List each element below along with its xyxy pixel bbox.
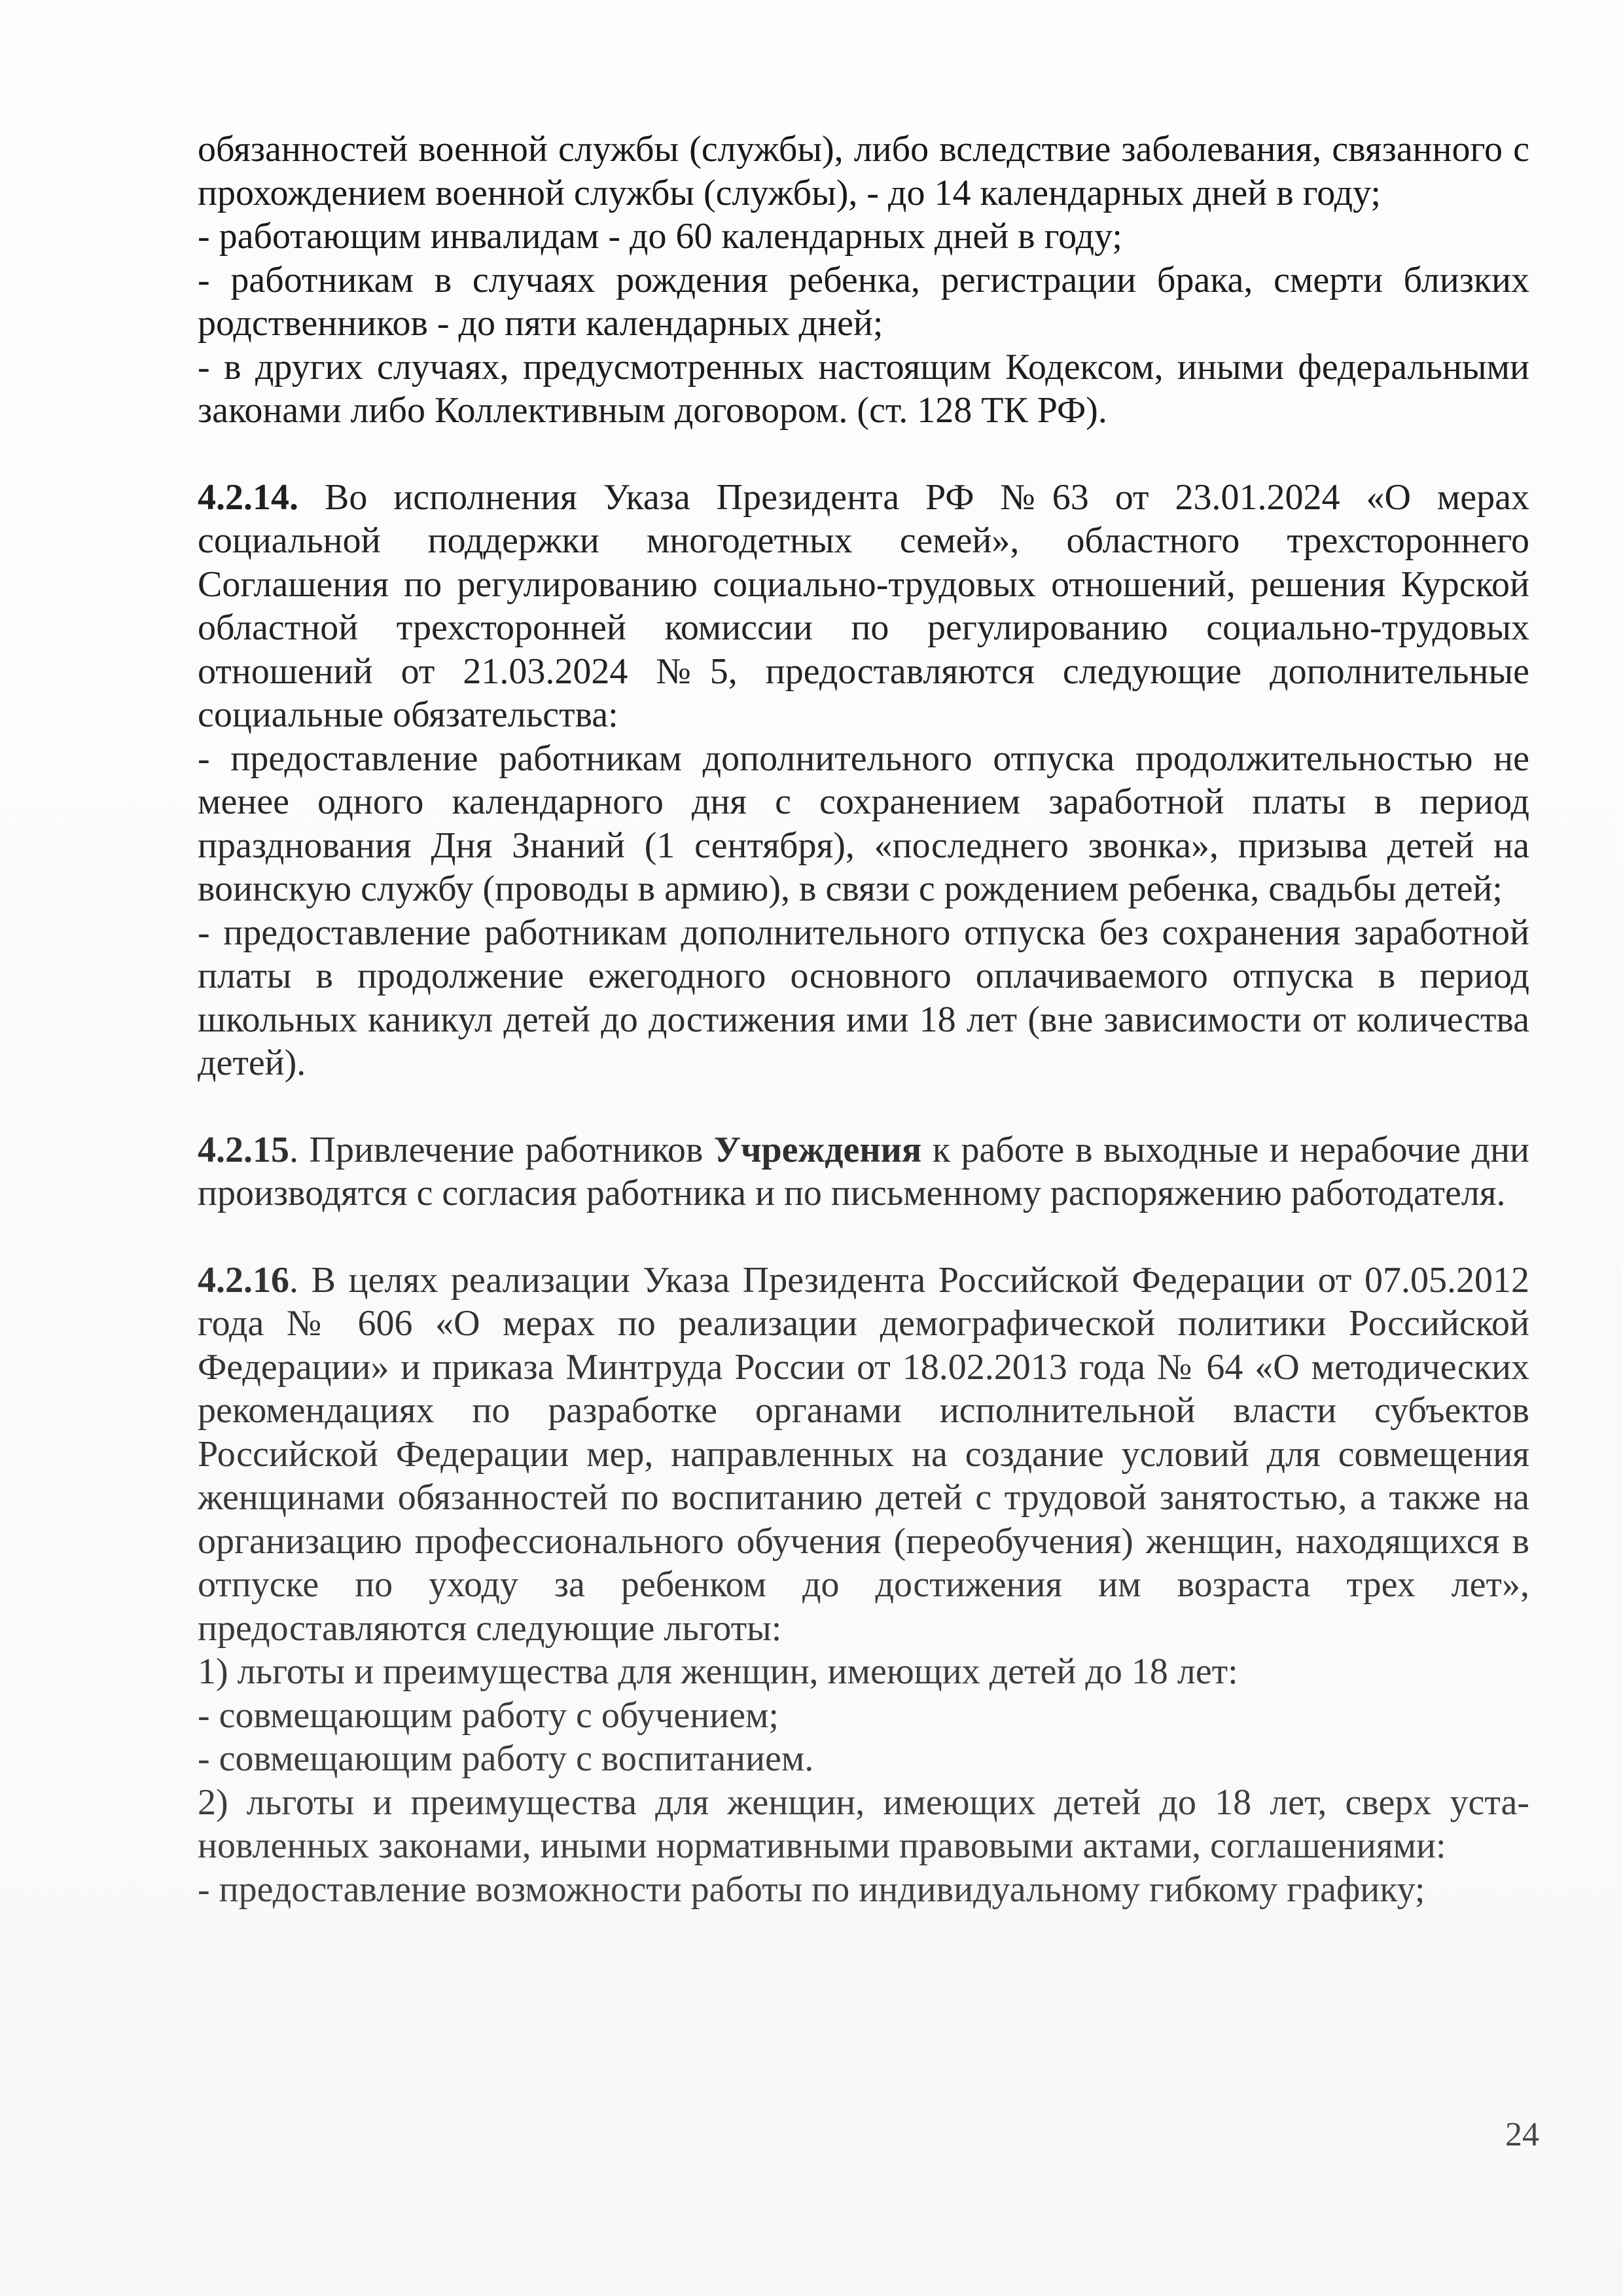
continuation-line-4: - в других случаях, предусмотренных наст… xyxy=(198,346,1529,433)
section-4-2-14-item-2: - предоставление работникам дополнительн… xyxy=(198,911,1529,1085)
paragraph-spacer xyxy=(198,433,1529,476)
document-page: обязанностей военной службы (службы), ли… xyxy=(0,0,1623,2296)
continuation-line-3: - работникам в случаях рождения ребенка,… xyxy=(198,259,1529,346)
section-text: Во исполнения Указа Президента РФ №63 от… xyxy=(198,477,1529,736)
section-4-2-16-line-5: - предоставление возможности работы по и… xyxy=(198,1868,1529,1912)
section-4-2-15: 4.2.15. Привлечение работников Учреждени… xyxy=(198,1128,1529,1215)
page-number: 24 xyxy=(1505,2115,1539,2154)
continuation-line-2: - работающим инвалидам - до 60 календарн… xyxy=(198,215,1529,259)
section-text: . В целях реализации Указа Президента Ро… xyxy=(198,1260,1529,1649)
section-4-2-14-item-1: - предоставление работникам дополнительн… xyxy=(198,737,1529,911)
section-4-2-16-line-2: - совмещающим работу с обучением; xyxy=(198,1694,1529,1738)
section-number: 4.2.16 xyxy=(198,1260,289,1300)
paragraph-spacer xyxy=(198,1215,1529,1259)
section-text: . Привлечение работников xyxy=(289,1130,714,1170)
section-4-2-16-line-4: 2) льготы и преимущества для женщин, име… xyxy=(198,1781,1529,1868)
bold-term: Учреждения xyxy=(714,1130,921,1170)
section-number: 4.2.14. xyxy=(198,477,298,518)
continuation-line-1: обязанностей военной службы (службы), ли… xyxy=(198,128,1529,215)
section-4-2-16-line-3: - совмещающим работу с воспитанием. xyxy=(198,1737,1529,1781)
section-4-2-14-intro: 4.2.14. Во исполнения Указа Президента Р… xyxy=(198,476,1529,737)
section-4-2-16-line-1: 1) льготы и преимущества для женщин, име… xyxy=(198,1650,1529,1694)
section-4-2-16-intro: 4.2.16. В целях реализации Указа Президе… xyxy=(198,1259,1529,1651)
page-body: обязанностей военной службы (службы), ли… xyxy=(198,128,1529,1911)
paragraph-spacer xyxy=(198,1085,1529,1128)
section-number: 4.2.15 xyxy=(198,1130,289,1170)
